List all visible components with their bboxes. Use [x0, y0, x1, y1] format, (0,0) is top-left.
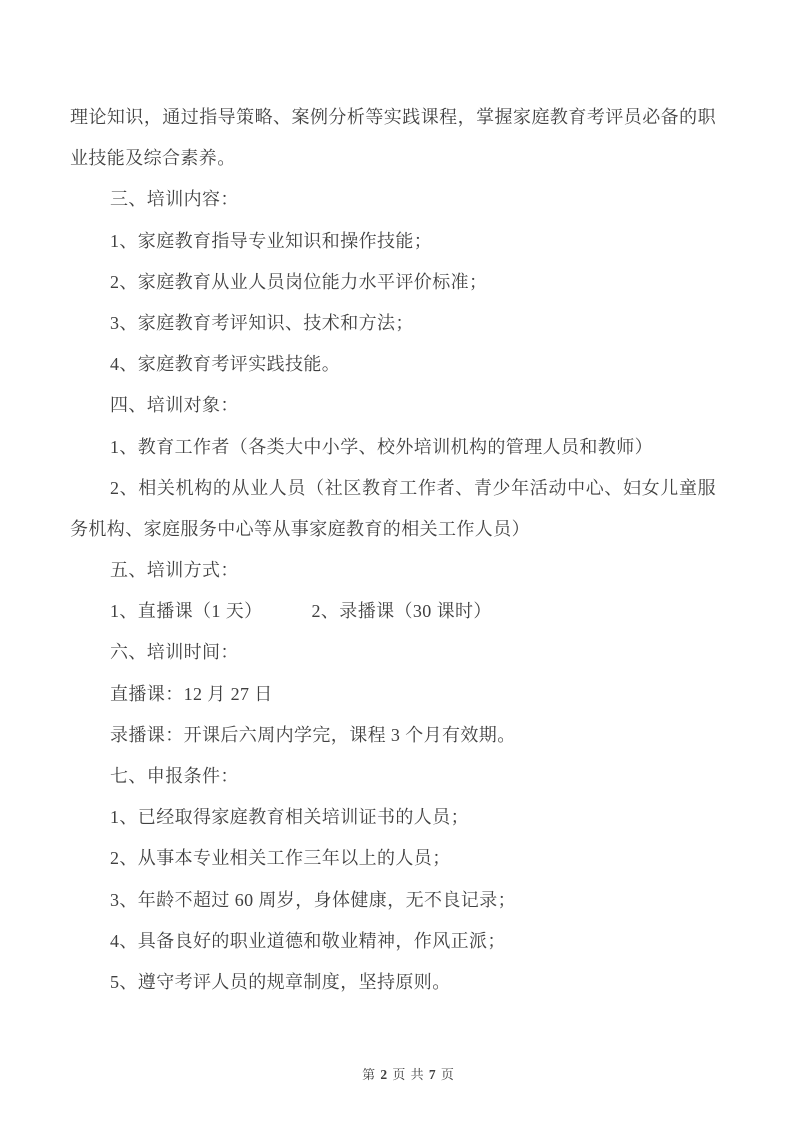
section-heading-training-content: 三、培训内容：	[70, 179, 716, 220]
section-heading-training-method: 五、培训方式：	[70, 550, 716, 591]
list-item: 1、教育工作者（各类大中小学、校外培训机构的管理人员和教师）	[70, 427, 716, 468]
body-text-line: 直播课：12 月 27 日	[70, 674, 716, 715]
current-page-number: 2	[380, 1067, 388, 1082]
list-item: 1、已经取得家庭教育相关培训证书的人员；	[70, 797, 716, 838]
document-body: 理论知识，通过指导策略、案例分析等实践课程，掌握家庭教育考评员必备的职 业技能及…	[70, 97, 716, 1003]
section-heading-training-time: 六、培训时间：	[70, 632, 716, 673]
list-item: 1、直播课（1 天） 2、录播课（30 课时）	[70, 591, 716, 632]
list-item: 4、家庭教育考评实践技能。	[70, 344, 716, 385]
body-text-line: 理论知识，通过指导策略、案例分析等实践课程，掌握家庭教育考评员必备的职	[70, 97, 716, 138]
list-item: 3、家庭教育考评知识、技术和方法；	[70, 303, 716, 344]
page-footer: 第 2 页 共 7 页	[0, 1048, 800, 1066]
list-item: 2、从事本专业相关工作三年以上的人员；	[70, 838, 716, 879]
list-item: 1、家庭教育指导专业知识和操作技能；	[70, 221, 716, 262]
list-item: 4、具备良好的职业道德和敬业精神，作风正派；	[70, 921, 716, 962]
body-text-line: 业技能及综合素养。	[70, 138, 716, 179]
footer-suffix: 页	[437, 1067, 455, 1082]
section-heading-application-conditions: 七、申报条件：	[70, 756, 716, 797]
body-text-line: 录播课：开课后六周内学完，课程 3 个月有效期。	[70, 715, 716, 756]
list-item: 2、家庭教育从业人员岗位能力水平评价标准；	[70, 262, 716, 303]
total-page-count: 7	[429, 1067, 437, 1082]
footer-infix: 页 共	[388, 1067, 429, 1082]
section-heading-training-audience: 四、培训对象：	[70, 385, 716, 426]
body-text-line: 务机构、家庭服务中心等从事家庭教育的相关工作人员）	[70, 509, 716, 550]
list-item: 5、遵守考评人员的规章制度，坚持原则。	[70, 962, 716, 1003]
footer-prefix: 第	[362, 1067, 380, 1082]
document-page: 理论知识，通过指导策略、案例分析等实践课程，掌握家庭教育考评员必备的职 业技能及…	[0, 0, 800, 1131]
list-item: 2、相关机构的从业人员（社区教育工作者、青少年活动中心、妇女儿童服	[70, 468, 716, 509]
list-item: 3、年龄不超过 60 周岁，身体健康，无不良记录；	[70, 880, 716, 921]
